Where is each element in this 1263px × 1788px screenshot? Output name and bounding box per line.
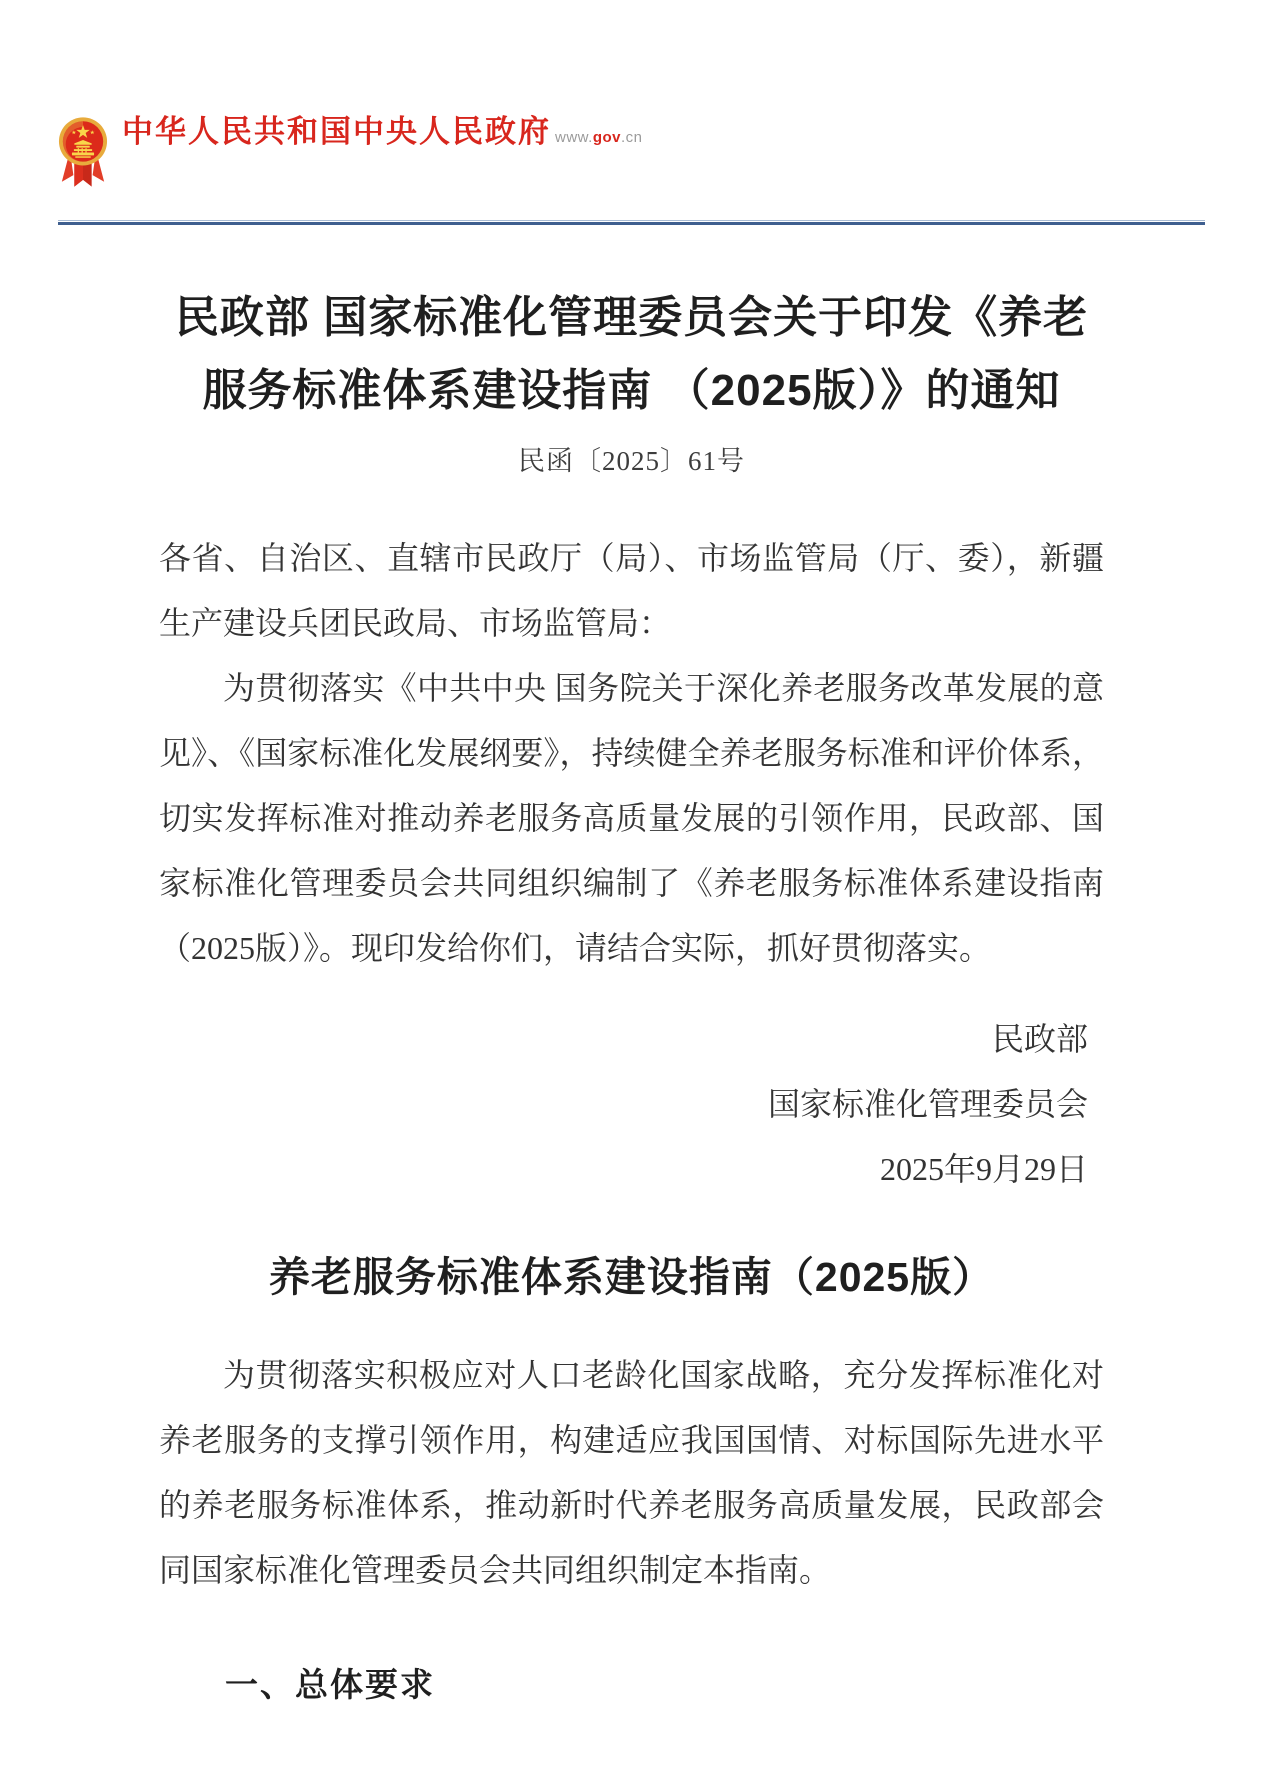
notice-doc-number: 民函〔2025〕61号	[159, 439, 1104, 478]
notice-title: 民政部 国家标准化管理委员会关于印发《养老服务标准体系建设指南 （2025版）》…	[159, 281, 1104, 427]
url-www: www.	[555, 129, 593, 146]
gov-logo[interactable]: 中华人民共和国中央人民政府 www.gov.cn	[58, 113, 1205, 194]
guide-title: 养老服务标准体系建设指南（2025版）	[159, 1244, 1104, 1303]
signature-date: 2025年9月29日	[159, 1137, 1088, 1202]
site-url: www.gov.cn	[555, 129, 643, 146]
guide-section-1-heading: 一、总体要求	[159, 1659, 1104, 1706]
url-gov: gov	[593, 129, 621, 146]
notice-salutation: 各省、自治区、直辖市民政厅（局）、市场监管局（厅、委），新疆生产建设兵团民政局、…	[159, 526, 1104, 656]
site-header: 中华人民共和国中央人民政府 www.gov.cn	[0, 0, 1263, 225]
signature-block: 民政部 国家标准化管理委员会 2025年9月29日	[159, 1007, 1104, 1202]
notice-body-paragraph: 为贯彻落实《中共中央 国务院关于深化养老服务改革发展的意见》、《国家标准化发展纲…	[159, 656, 1104, 981]
guide-intro-paragraph: 为贯彻落实积极应对人口老龄化国家战略，充分发挥标准化对养老服务的支撑引领作用，构…	[159, 1343, 1104, 1603]
header-divider	[58, 220, 1205, 225]
national-emblem-icon	[58, 115, 108, 194]
url-cn: .cn	[621, 129, 643, 146]
signer-ministry: 民政部	[159, 1007, 1088, 1072]
site-title: 中华人民共和国中央人民政府	[122, 114, 551, 149]
signer-standards-committee: 国家标准化管理委员会	[159, 1072, 1088, 1137]
document-body: 民政部 国家标准化管理委员会关于印发《养老服务标准体系建设指南 （2025版）》…	[159, 281, 1104, 1706]
